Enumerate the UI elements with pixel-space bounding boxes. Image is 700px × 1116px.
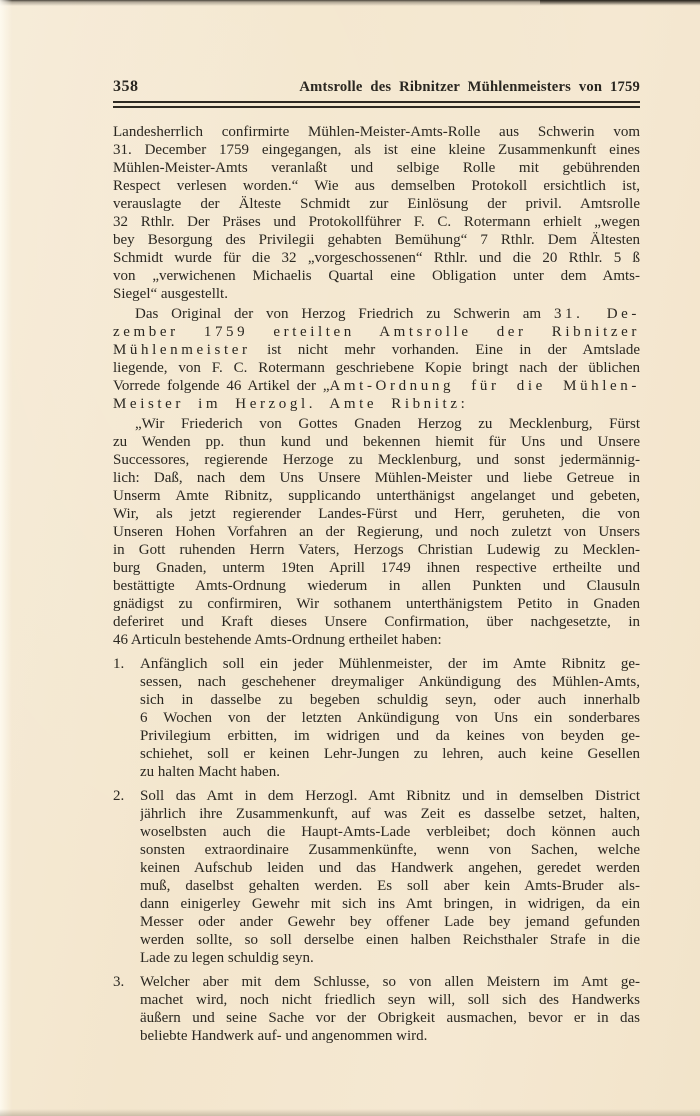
- header-double-rule: [113, 101, 640, 108]
- text-line: von „verwichenen Michaelis Quartal eine …: [113, 267, 640, 285]
- text-line: lich: Daß, nach dem Uns Unsere Mühlen-Me…: [113, 469, 640, 487]
- scan-edge-top-right: [540, 0, 700, 5]
- list-number: 2.: [113, 787, 140, 967]
- text-segment: sonsten extraordinaire Zusammenkünfte, w…: [140, 842, 640, 858]
- text-line: Privilegium erbitten, im widrigen und da…: [140, 727, 640, 745]
- list-item-text: Soll das Amt in dem Herzogl. Amt Ribnitz…: [140, 787, 640, 967]
- text-line: Schmidt wurde für die 32 „vorgeschossene…: [113, 249, 640, 267]
- paragraph: „Wir Friederich von Gottes Gnaden Herzog…: [113, 415, 640, 649]
- text-line: sich in dasselbe zu begeben schuldig sey…: [140, 691, 640, 709]
- text-line: muß, daselbst gehalten werden. Es soll a…: [140, 877, 640, 895]
- text-line: Das Original der von Herzog Friedrich zu…: [113, 305, 640, 323]
- text-segment: Vorrede folgende 46 Artikel der „: [113, 378, 329, 394]
- text-segment: 32 Rthlr. Der Präses und Protokollführer…: [113, 214, 640, 230]
- text-segment: äußern und seine Sache vor der Obrigkeit…: [140, 1010, 640, 1026]
- text-line: burg Gnaden, unterm 19ten Aprill 1749 ih…: [113, 559, 640, 577]
- text-segment: beliebte Handwerk auf- und angenommen wi…: [140, 1028, 427, 1044]
- text-segment: „Wir Friederich von Gottes Gnaden Herzog…: [135, 416, 640, 432]
- text-line: jährlich ihre Zusammenkunft, auf was Zei…: [140, 805, 640, 823]
- text-line: deferiret und Kraft dieses Unsere Confir…: [113, 613, 640, 631]
- text-segment: sessen, nach geschehener dreymaliger Ank…: [140, 674, 640, 690]
- paragraph: Landesherrlich confirmirte Mühlen-Meiste…: [113, 123, 640, 303]
- text-line: Respect verlesen worden.“ Wie aus demsel…: [113, 177, 640, 195]
- page-header: 358 Amtsrolle des Ribnitzer Mühlenmeiste…: [113, 78, 640, 96]
- text-segment: deferiret und Kraft dieses Unsere Confir…: [113, 614, 640, 630]
- text-line: keinen Aufschub leiden und das Handwerk …: [140, 859, 640, 877]
- text-line: „Wir Friederich von Gottes Gnaden Herzog…: [113, 415, 640, 433]
- text-segment: liegende, von F. C. Rotermann geschriebe…: [113, 360, 640, 376]
- text-line: schiehet, soll er keinen Lehr-Jungen zu …: [140, 745, 640, 763]
- text-segment: Messer oder ander Gewehr bey offener Lad…: [140, 914, 640, 930]
- text-line: Successores, regierende Herzoge zu Meckl…: [113, 451, 640, 469]
- text-segment: jährlich ihre Zusammenkunft, auf was Zei…: [140, 806, 640, 822]
- text-line: in Gott ruhenden Herrn Vaters, Herzogs C…: [113, 541, 640, 559]
- text-segment: bey Besorgung des Privilegii gehabten Be…: [113, 232, 640, 248]
- scan-edge-bottom: [0, 1109, 700, 1116]
- book-page: 358 Amtsrolle des Ribnitzer Mühlenmeiste…: [0, 0, 700, 1116]
- text-line: 46 Articuln bestehende Amts-Ordnung erth…: [113, 631, 640, 649]
- text-line: liegende, von F. C. Rotermann geschriebe…: [113, 359, 640, 377]
- text-line: bestättigte Amts-Ordnung wiederum in all…: [113, 577, 640, 595]
- list-item: 1.Anfänglich soll ein jeder Mühlenmeiste…: [113, 655, 640, 781]
- list-item-text: Welcher aber mit dem Schlusse, so von al…: [140, 973, 640, 1045]
- text-line: woselbsten auch die Haupt-Amts-Lade verb…: [140, 823, 640, 841]
- text-segment: von „verwichenen Michaelis Quartal eine …: [113, 268, 640, 284]
- text-line: 31. December 1759 eingegangen, als ist e…: [113, 141, 640, 159]
- text-segment: gnädigst zu confirmiren, Wir sothanem un…: [113, 596, 640, 612]
- scan-edge-left: [0, 0, 12, 1116]
- text-segment: lich: Daß, nach dem Uns Unsere Mühlen-Me…: [113, 470, 640, 486]
- letterspaced-text: zember 1759 erteilten Amtsrolle der Ribn…: [113, 324, 640, 340]
- text-segment: Wir, als jetzt regierender Landes-Fürst …: [113, 506, 640, 522]
- text-segment: Anfänglich soll ein jeder Mühlenmeister,…: [140, 656, 640, 672]
- running-title: Amtsrolle des Ribnitzer Mühlenmeisters v…: [299, 79, 640, 96]
- text-line: Siegel“ ausgestellt.: [113, 285, 640, 303]
- text-segment: in Gott ruhenden Herrn Vaters, Herzogs C…: [113, 542, 640, 558]
- text-line: Welcher aber mit dem Schlusse, so von al…: [140, 973, 640, 991]
- list-item-text: Anfänglich soll ein jeder Mühlenmeister,…: [140, 655, 640, 781]
- text-segment: burg Gnaden, unterm 19ten Aprill 1749 ih…: [113, 560, 640, 576]
- text-line: bey Besorgung des Privilegii gehabten Be…: [113, 231, 640, 249]
- text-segment: schiehet, soll er keinen Lehr-Jungen zu …: [140, 746, 640, 762]
- text-segment: Unserm Amte Ribnitz, supplicando unterth…: [113, 488, 640, 504]
- text-line: werden sollte, so soll derselbe einen ha…: [140, 931, 640, 949]
- letterspaced-text: Amt-Ordnung für die Mühlen-: [329, 378, 640, 394]
- text-line: zember 1759 erteilten Amtsrolle der Ribn…: [113, 323, 640, 341]
- text-line: Mühlenmeister ist nicht mehr vorhanden. …: [113, 341, 640, 359]
- text-line: beliebte Handwerk auf- und angenommen wi…: [140, 1027, 640, 1045]
- letterspaced-text: Mühlenmeister: [113, 342, 251, 358]
- text-segment: Successores, regierende Herzoge zu Meckl…: [113, 452, 640, 468]
- text-line: Wir, als jetzt regierender Landes-Fürst …: [113, 505, 640, 523]
- text-line: Anfänglich soll ein jeder Mühlenmeister,…: [140, 655, 640, 673]
- text-line: gnädigst zu confirmiren, Wir sothanem un…: [113, 595, 640, 613]
- text-segment: ist nicht mehr vorhanden. Eine in der Am…: [251, 342, 640, 358]
- text-segment: sich in dasselbe zu begeben schuldig sey…: [140, 692, 640, 708]
- text-segment: 46 Articuln bestehende Amts-Ordnung erth…: [113, 632, 442, 648]
- letterspaced-text: 31. De-: [554, 306, 640, 322]
- text-line: 6 Wochen von der letzten Ankündigung von…: [140, 709, 640, 727]
- text-segment: keinen Aufschub leiden und das Handwerk …: [140, 860, 640, 876]
- text-block: Landesherrlich confirmirte Mühlen-Meiste…: [113, 123, 640, 1045]
- text-line: Messer oder ander Gewehr bey offener Lad…: [140, 913, 640, 931]
- text-line: äußern und seine Sache vor der Obrigkeit…: [140, 1009, 640, 1027]
- text-line: sessen, nach geschehener dreymaliger Ank…: [140, 673, 640, 691]
- text-segment: 31. December 1759 eingegangen, als ist e…: [113, 142, 640, 158]
- text-segment: Schmidt wurde für die 32 „vorgeschossene…: [113, 250, 640, 266]
- text-line: 32 Rthlr. Der Präses und Protokollführer…: [113, 213, 640, 231]
- text-line: Unseren Hohen Vorfahren an der Regierung…: [113, 523, 640, 541]
- text-line: sonsten extraordinaire Zusammenkünfte, w…: [140, 841, 640, 859]
- text-segment: Respect verlesen worden.“ Wie aus demsel…: [113, 178, 640, 194]
- list-number: 1.: [113, 655, 140, 781]
- text-segment: zu Wenden pp. thun kund und bekennen hie…: [113, 434, 640, 450]
- text-line: Soll das Amt in dem Herzogl. Amt Ribnitz…: [140, 787, 640, 805]
- text-segment: Das Original der von Herzog Friedrich zu…: [135, 306, 554, 322]
- text-segment: bestättigte Amts-Ordnung wiederum in all…: [113, 578, 640, 594]
- text-line: Meister im Herzogl. Amte Ribnitz:: [113, 395, 640, 413]
- text-line: zu Wenden pp. thun kund und bekennen hie…: [113, 433, 640, 451]
- text-line: zu halten Macht haben.: [140, 763, 640, 781]
- text-segment: machet wird, noch nicht friedlich seyn w…: [140, 992, 640, 1008]
- text-segment: zu halten Macht haben.: [140, 764, 280, 780]
- text-segment: muß, daselbst gehalten werden. Es soll a…: [140, 878, 640, 894]
- text-segment: Welcher aber mit dem Schlusse, so von al…: [140, 974, 640, 990]
- text-line: Unserm Amte Ribnitz, supplicando unterth…: [113, 487, 640, 505]
- page-number: 358: [113, 78, 139, 96]
- text-segment: verauslagte der Älteste Schmidt zur Einl…: [113, 196, 640, 212]
- text-segment: Soll das Amt in dem Herzogl. Amt Ribnitz…: [140, 788, 640, 804]
- text-segment: woselbsten auch die Haupt-Amts-Lade verb…: [140, 824, 640, 840]
- letterspaced-text: Meister im Herzogl. Amte Ribnitz:: [113, 396, 468, 412]
- text-segment: Mühlen-Meister-Amts veranlaßt und selbig…: [113, 160, 640, 176]
- text-segment: Privilegium erbitten, im widrigen und da…: [140, 728, 640, 744]
- text-segment: 6 Wochen von der letzten Ankündigung von…: [140, 710, 640, 726]
- list-item: 2.Soll das Amt in dem Herzogl. Amt Ribni…: [113, 787, 640, 967]
- text-line: dann einigerley Gewehr mit sich ins Amt …: [140, 895, 640, 913]
- text-line: Vorrede folgende 46 Artikel der „Amt-Ord…: [113, 377, 640, 395]
- text-segment: Lade zu legen schuldig seyn.: [140, 950, 314, 966]
- text-segment: dann einigerley Gewehr mit sich ins Amt …: [140, 896, 640, 912]
- text-segment: Landesherrlich confirmirte Mühlen-Meiste…: [113, 124, 640, 140]
- text-line: Mühlen-Meister-Amts veranlaßt und selbig…: [113, 159, 640, 177]
- text-line: Lade zu legen schuldig seyn.: [140, 949, 640, 967]
- text-line: machet wird, noch nicht friedlich seyn w…: [140, 991, 640, 1009]
- text-line: Landesherrlich confirmirte Mühlen-Meiste…: [113, 123, 640, 141]
- text-segment: werden sollte, so soll derselbe einen ha…: [140, 932, 640, 948]
- text-segment: Unseren Hohen Vorfahren an der Regierung…: [113, 524, 640, 540]
- list-number: 3.: [113, 973, 140, 1045]
- paragraph: Das Original der von Herzog Friedrich zu…: [113, 305, 640, 413]
- text-segment: Siegel“ ausgestellt.: [113, 286, 228, 302]
- text-line: verauslagte der Älteste Schmidt zur Einl…: [113, 195, 640, 213]
- list-item: 3.Welcher aber mit dem Schlusse, so von …: [113, 973, 640, 1045]
